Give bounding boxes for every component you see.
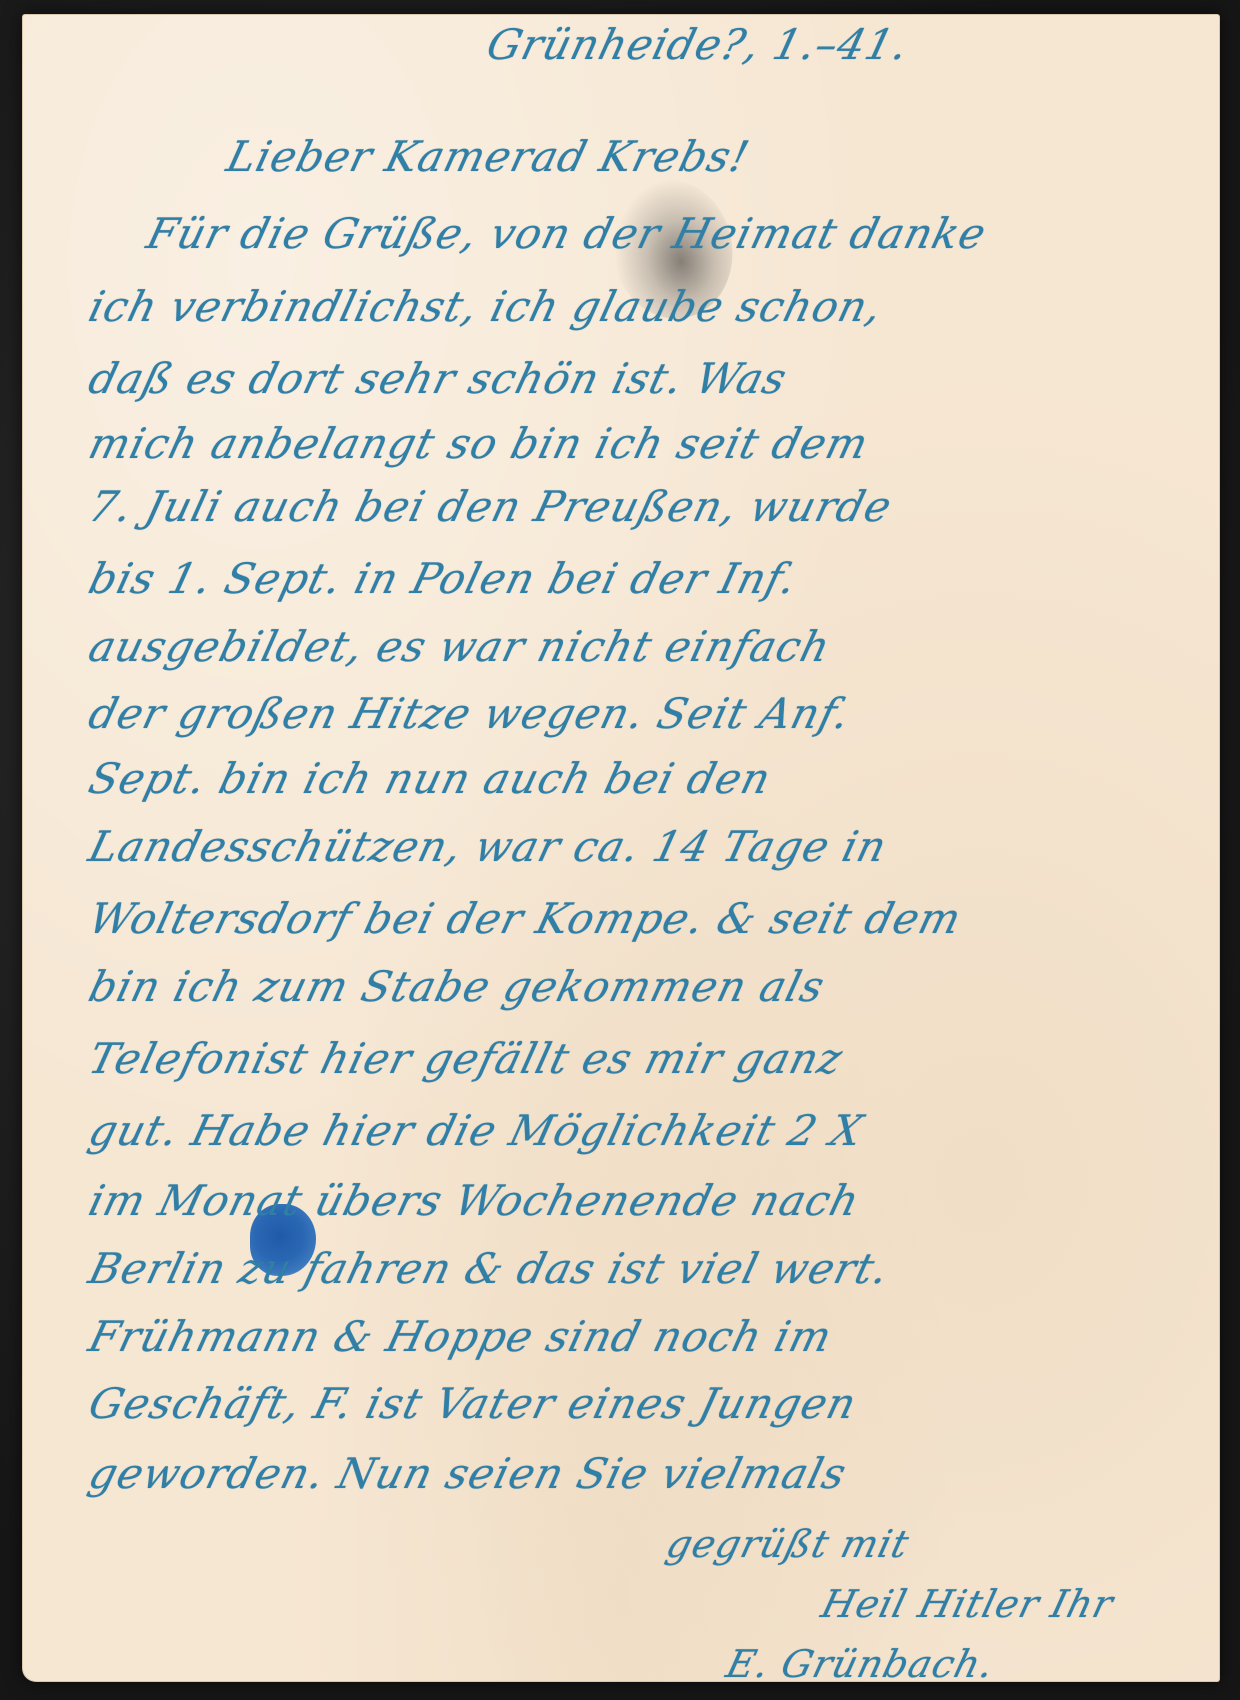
body-line: Sept. bin ich nun auch bei den: [84, 754, 776, 803]
body-line: Woltersdorf bei der Kompe. & seit dem: [84, 894, 967, 943]
body-line: mich anbelangt so bin ich seit dem: [84, 419, 874, 468]
body-line: bin ich zum Stabe gekommen als: [84, 962, 830, 1011]
salutation: Lieber Kamerad Krebs!: [222, 132, 755, 181]
body-line: Für die Grüße, von der Heimat danke: [142, 209, 992, 258]
body-line: Frühmann & Hoppe sind noch im: [84, 1312, 837, 1361]
place-date: Grünheide?, 1.–41.: [482, 20, 914, 69]
body-line: Berlin zu fahren & das ist viel wert.: [84, 1244, 894, 1293]
body-line: Telefonist hier gefällt es mir ganz: [84, 1034, 848, 1083]
closing-line: Heil Hitler Ihr: [817, 1582, 1118, 1626]
signature: E. Grünbach.: [722, 1642, 999, 1686]
body-line: daß es dort sehr schön ist. Was: [84, 354, 792, 403]
body-line: 7. Juli auch bei den Preußen, wurde: [84, 482, 897, 531]
body-line: Geschäft, F. ist Vater eines Jungen: [84, 1379, 862, 1428]
body-line: ausgebildet, es war nicht einfach: [84, 622, 836, 671]
body-line: Landesschützen, war ca. 14 Tage in: [84, 822, 892, 871]
body-line: ich verbindlichst, ich glaube schon,: [84, 282, 888, 331]
body-line: gut. Habe hier die Möglichkeit 2 X: [84, 1106, 868, 1155]
body-line: der großen Hitze wegen. Seit Anf.: [84, 689, 856, 738]
body-line: im Monat übers Wochenende nach: [84, 1176, 865, 1225]
letter-card: Grünheide?, 1.–41. Lieber Kamerad Krebs!…: [22, 14, 1220, 1682]
body-line: bis 1. Sept. in Polen bei der Inf.: [84, 554, 802, 603]
body-line: geworden. Nun seien Sie vielmals: [84, 1449, 852, 1498]
closing-line: gegrüßt mit: [662, 1522, 914, 1566]
